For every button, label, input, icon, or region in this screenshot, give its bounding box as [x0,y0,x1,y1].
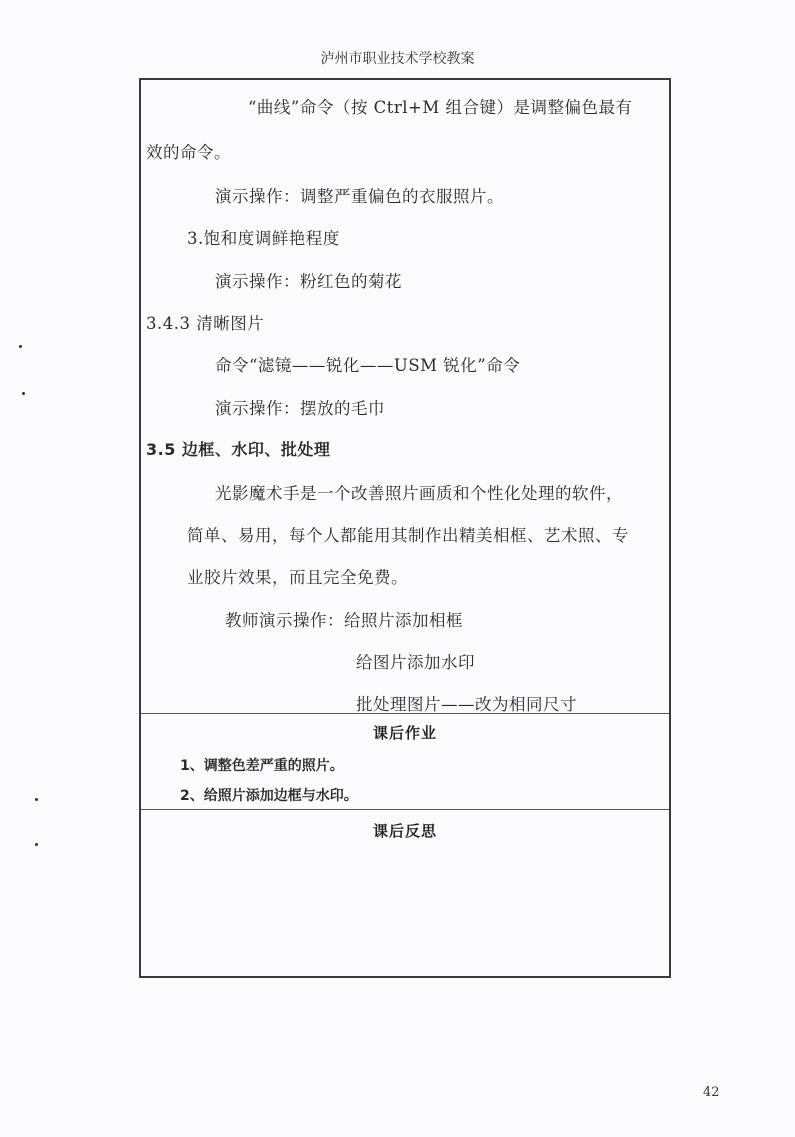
body-text: 光影魔术手是一个改善照片画质和个性化处理的软件， [215,480,623,504]
body-text: 效的命令。 [146,139,231,163]
scan-mark [35,798,38,801]
body-text: 演示操作：摆放的毛巾 [215,395,385,419]
body-text: 批处理图片——改为相同尺寸 [356,691,577,715]
section-divider [141,809,669,810]
homework-item: 2、给照片添加边框与水印。 [180,785,358,805]
body-text: 3.饱和度调鲜艳程度 [187,225,340,249]
body-text: “曲线”命令（按 Ctrl+M 组合键）是调整偏色最有 [248,94,633,118]
page-header: 泸州市职业技术学校教案 [0,48,795,68]
body-text: 演示操作：粉红色的菊花 [215,268,402,292]
scan-mark [19,345,22,348]
lesson-plan-table: “曲线”命令（按 Ctrl+M 组合键）是调整偏色最有 效的命令。 演示操作：调… [139,78,671,978]
body-text: 业胶片效果，而且完全免费。 [187,564,408,588]
scan-mark [35,843,38,846]
homework-title: 课后作业 [141,722,669,743]
body-text: 简单、易用，每个人都能用其制作出精美相框、艺术照、专 [187,522,629,546]
subsection-heading: 3.4.3 清晰图片 [146,310,264,334]
scan-mark [22,392,25,395]
body-text: 命令“滤镜——锐化——USM 锐化”命令 [215,352,520,376]
reflection-title: 课后反思 [141,820,669,841]
body-text: 演示操作：调整严重偏色的衣服照片。 [215,183,504,207]
homework-item: 1、调整色差严重的照片。 [180,755,344,775]
body-text: 给图片添加水印 [356,649,475,673]
page-number: 42 [703,1085,720,1100]
body-text: 教师演示操作：给照片添加相框 [225,607,463,631]
section-divider [141,713,669,714]
section-heading: 3.5 边框、水印、批处理 [146,437,330,460]
